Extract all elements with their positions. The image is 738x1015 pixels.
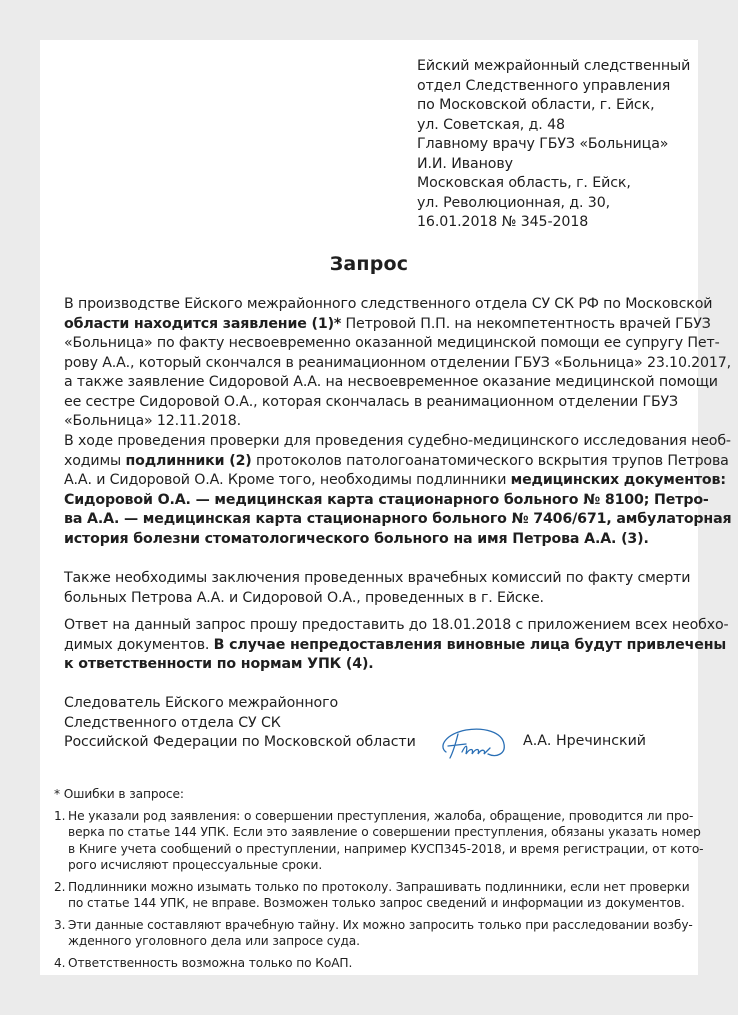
text-fragment: А.А. и Сидоровой О.А. Кроме того, необхо…: [64, 472, 511, 488]
footnote-number: 1.: [54, 808, 68, 874]
addressee-line: по Московской области, г. Ейск,: [417, 96, 690, 116]
paragraph-4: Ответ на данный запрос прошу предоставит…: [64, 616, 674, 675]
addressee-line: отдел Следственного управления: [417, 77, 690, 97]
footnote-number: 4.: [54, 955, 68, 972]
text-line: рову А.А., который скончался в реанимаци…: [64, 354, 674, 374]
text-line: «Больница» 12.11.2018.: [64, 412, 674, 432]
text-fragment: ходимы: [64, 453, 125, 469]
bold-fragment: области находится заявление (1)*: [64, 316, 341, 332]
text-line: «Больница» по факту несвоевременно оказа…: [64, 334, 674, 354]
paragraph-2: В ходе проведения проверки для проведени…: [64, 432, 674, 549]
handwritten-signature-icon: [436, 724, 508, 764]
text-fragment: димых документов.: [64, 637, 214, 653]
document-date-number: 16.01.2018 № 345-2018: [417, 213, 690, 233]
signer-name: А.А. Нречинский: [523, 733, 646, 749]
text-line: ва А.А. — медицинская карта стационарног…: [64, 510, 674, 530]
bold-fragment: В случае непредоставления виновные лица …: [214, 637, 726, 653]
footnote-line: Эти данные составляют врачебную тайну. И…: [68, 917, 693, 934]
footnotes-section: * Ошибки в запросе: 1. Не указали род за…: [54, 786, 684, 976]
footnote-line: Ответственность возможна только по КоАП.: [68, 955, 684, 972]
footnote-line: по статье 144 УПК, не вправе. Возможен т…: [68, 895, 690, 912]
text-fragment: Петровой П.П. на некомпетентность врачей…: [341, 316, 711, 332]
text-line: к ответственности по нормам УПК (4).: [64, 655, 674, 675]
addressee-line: Московская область, г. Ейск,: [417, 174, 690, 194]
text-line: В производстве Ейского межрайонного след…: [64, 295, 674, 315]
signatory-position: Следователь Ейского межрайонного Следств…: [64, 694, 416, 753]
addressee-line: ул. Революционная, д. 30,: [417, 194, 690, 214]
footnote-item: 2. Подлинники можно изымать только по пр…: [54, 879, 684, 912]
signatory-line: Российской Федерации по Московской облас…: [64, 733, 416, 753]
text-line: больных Петрова А.А. и Сидоровой О.А., п…: [64, 589, 674, 609]
text-line: В ходе проведения проверки для проведени…: [64, 432, 674, 452]
document-page: Ейский межрайонный следственный отдел Сл…: [40, 40, 698, 975]
footnote-line: в Книге учета сообщений о преступлении, …: [68, 841, 703, 858]
bold-fragment: медицинских документов:: [511, 472, 726, 488]
footnote-line: Подлинники можно изымать только по прото…: [68, 879, 690, 896]
footnotes-heading: * Ошибки в запросе:: [54, 786, 684, 803]
footnote-line: Не указали род заявления: о совершении п…: [68, 808, 703, 825]
addressee-line: Главному врачу ГБУЗ «Больница»: [417, 135, 690, 155]
text-line: а также заявление Сидоровой А.А. на несв…: [64, 373, 674, 393]
addressee-line: И.И. Иванову: [417, 155, 690, 175]
bold-fragment: подлинники (2): [125, 453, 251, 469]
signatory-line: Следственного отдела СУ СК: [64, 714, 416, 734]
footnote-line: жденного уголовного дела или запросе суд…: [68, 933, 693, 950]
footnote-line: верка по статье 144 УПК. Если это заявле…: [68, 824, 703, 841]
footnote-line: рого исчисляют процессуальные сроки.: [68, 857, 703, 874]
footnote-number: 2.: [54, 879, 68, 912]
text-line: димых документов. В случае непредоставле…: [64, 636, 674, 656]
signatory-line: Следователь Ейского межрайонного: [64, 694, 416, 714]
addressee-block: Ейский межрайонный следственный отдел Сл…: [417, 57, 690, 233]
text-line: история болезни стоматологического больн…: [64, 530, 674, 550]
footnote-item: 4. Ответственность возможна только по Ко…: [54, 955, 684, 972]
footnote-item: 1. Не указали род заявления: о совершени…: [54, 808, 684, 874]
text-line: Также необходимы заключения проведенных …: [64, 569, 674, 589]
text-line: Сидоровой О.А. — медицинская карта стаци…: [64, 491, 674, 511]
paragraph-3: Также необходимы заключения проведенных …: [64, 569, 674, 608]
addressee-line: ул. Советская, д. 48: [417, 116, 690, 136]
text-line: ходимы подлинники (2) протоколов патолог…: [64, 452, 674, 472]
text-line: А.А. и Сидоровой О.А. Кроме того, необхо…: [64, 471, 674, 491]
footnote-item: 3. Эти данные составляют врачебную тайну…: [54, 917, 684, 950]
text-fragment: протоколов патологоанатомического вскрыт…: [252, 453, 729, 469]
text-line: Ответ на данный запрос прошу предоставит…: [64, 616, 674, 636]
footnote-number: 3.: [54, 917, 68, 950]
text-line: ее сестре Сидоровой О.А., которая сконча…: [64, 393, 674, 413]
paragraph-1: В производстве Ейского межрайонного след…: [64, 295, 674, 432]
text-line: области находится заявление (1)* Петрово…: [64, 315, 674, 335]
addressee-line: Ейский межрайонный следственный: [417, 57, 690, 77]
document-title: Запрос: [40, 253, 698, 275]
